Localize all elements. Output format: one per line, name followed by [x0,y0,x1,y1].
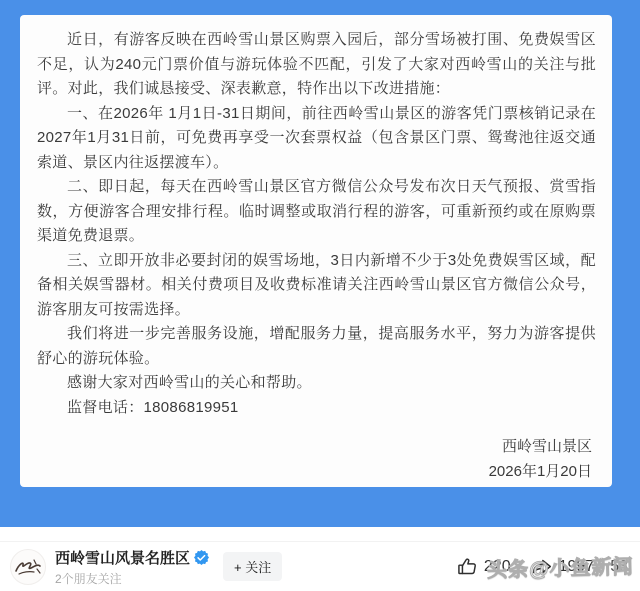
notice-paragraph-hotline: 监督电话：18086819951 [37,396,596,421]
signature-issuer: 西岭雪山景区 [37,434,592,459]
account-meta: 西岭雪山风景名胜区 2个朋友关注 [55,547,209,587]
like-action[interactable]: 220 [457,556,511,577]
account-avatar[interactable] [10,549,46,585]
notice-paragraph-measure-2: 二、即日起，每天在西岭雪山景区官方微信公众号发布次日天气预报、赏雪指数，方便游客… [37,175,596,249]
verified-badge-icon [194,550,209,565]
like-count: 220 [484,558,511,576]
notice-paragraph-intro: 近日，有游客反映在西岭雪山景区购票入园后，部分雪场被打围、免费娱雪区不足，认为2… [37,28,596,102]
signature-date: 2026年1月20日 [37,459,592,484]
notice-paragraph-measure-3: 三、立即开放非必要封闭的娱雪场地，3日内新增不少于3处免费娱雪区域，配备相关娱雪… [37,249,596,323]
notice-paragraph-measure-1: 一、在2026年 1月1日-31日期间，前往西岭雪山景区的游客凭门票核销记录在2… [37,102,596,176]
notice-card: 近日，有游客反映在西岭雪山景区购票入园后，部分雪场被打围、免费娱雪区不足，认为2… [20,15,612,487]
notice-signature: 西岭雪山景区 2026年1月20日 [37,434,596,484]
account-name[interactable]: 西岭雪山风景名胜区 [55,547,190,568]
partial-count: 53 [610,558,628,576]
thumbs-up-icon [457,556,478,577]
follow-button[interactable]: + 关注 [223,552,282,581]
notice-poster-image[interactable]: 近日，有游客反映在西岭雪山景区购票入园后，部分雪场被打围、免费娱雪区不足，认为2… [0,0,640,527]
post-viewer-screen: 近日，有游客反映在西岭雪山景区购票入园后，部分雪场被打围、免费娱雪区不足，认为2… [0,0,640,591]
followers-note: 2个朋友关注 [55,570,209,587]
notice-paragraph-commitment: 我们将进一步完善服务设施，增配服务力量，提高服务水平，努力为游客提供舒心的游玩体… [37,322,596,371]
calligraphy-logo-icon [13,555,43,579]
account-bar: 西岭雪山风景名胜区 2个朋友关注 + 关注 220 [0,541,640,591]
share-action[interactable]: 1997 [531,556,595,577]
notice-paragraph-thanks: 感谢大家对西岭雪山的关心和帮助。 [37,371,596,396]
share-count: 1997 [559,558,595,576]
account-name-row: 西岭雪山风景名胜区 [55,547,209,568]
post-actions: 220 1997 53 头条@小鱼新闻 [457,542,628,591]
share-arrow-icon [531,556,553,577]
